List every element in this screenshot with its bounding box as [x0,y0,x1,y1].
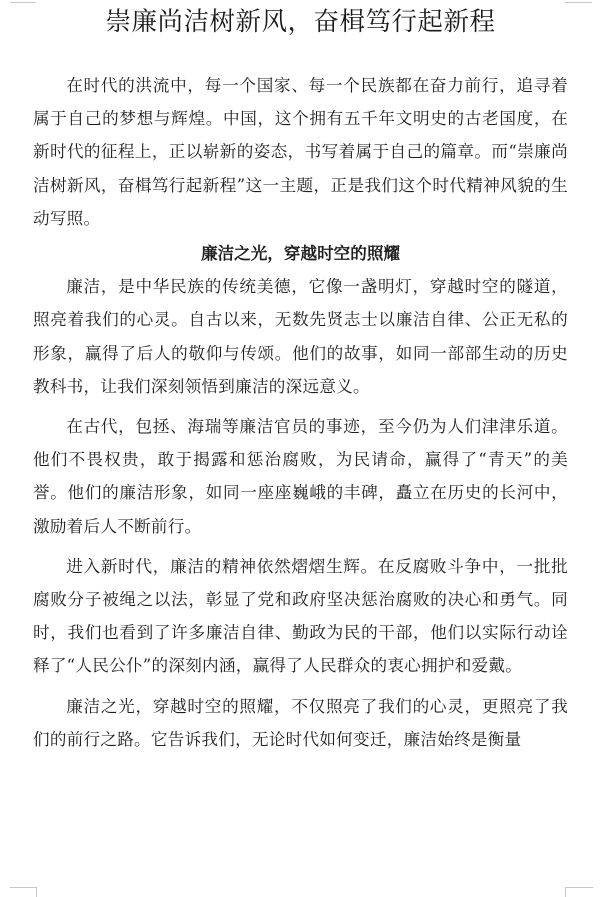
body-paragraph: 进入新时代，廉洁的精神依然熠熠生辉。在反腐败斗争中，一批批腐败分子被绳之以法，彰… [33,550,568,683]
body-paragraph: 廉洁，是中华民族的传统美德，它像一盏明灯，穿越时空的隧道，照亮着我们的心灵。自古… [33,270,568,403]
intro-paragraph: 在时代的洪流中，每一个国家、每一个民族都在奋力前行，追寻着属于自己的梦想与辉煌。… [33,69,568,235]
document-title: 崇廉尚洁树新风，奋楫笃行起新程 [33,0,568,56]
crop-mark-bottom-right [565,887,593,897]
crop-mark-top-right [565,0,592,3]
body-paragraph: 在古代，包拯、海瑞等廉洁官员的事迹，至今仍为人们津津乐道。他们不畏权贵，敢于揭露… [33,410,568,543]
crop-mark-bottom-left [10,887,37,897]
section-heading: 廉洁之光，穿越时空的照耀 [33,237,568,270]
body-paragraph: 廉洁之光，穿越时空的照耀，不仅照亮了我们的心灵，更照亮了我们的前行之路。它告诉我… [33,690,568,756]
document-page: 崇廉尚洁树新风，奋楫笃行起新程 在时代的洪流中，每一个国家、每一个民族都在奋力前… [33,0,568,756]
